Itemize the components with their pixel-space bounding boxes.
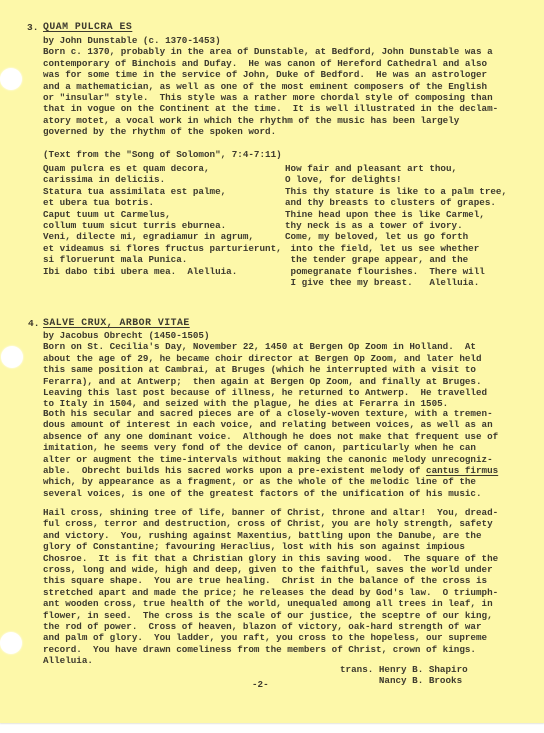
- translation-line: this square shape. You are true healing.…: [43, 575, 498, 586]
- english-line: O love, for delights!: [285, 174, 507, 185]
- paper-page: 3. QUAM PULCRA ES by John Dunstable (c. …: [0, 0, 544, 723]
- translation-line: stretched apart and made the price; he r…: [43, 587, 498, 598]
- bio-line: Ferarra), and at Antwerp; then again at …: [43, 376, 487, 387]
- english-line: pomegranate flourishes. There will: [285, 266, 507, 277]
- latin-line: Caput tuum ut Carmelus,: [43, 209, 282, 220]
- translation-line: Hail cross, shining tree of life, banner…: [43, 507, 498, 518]
- bio-line: governed by the rhythm of the spoken wor…: [43, 126, 498, 137]
- english-line: the tender grape appear, and the: [285, 254, 507, 265]
- english-line: I give thee my breast. Alelluia.: [285, 277, 507, 288]
- bio-line: and a mathematician, as well as one of t…: [43, 81, 498, 92]
- latin-line: carissima in deliciis.: [43, 174, 282, 185]
- translation-line: flower, in seed. The cross is the scale …: [43, 610, 498, 621]
- latin-line: Statura tua assimilata est palme,: [43, 186, 282, 197]
- punch-hole: [1, 346, 23, 368]
- latin-line: collum tuum sicut turris eburnea.: [43, 220, 282, 231]
- section-3-title: QUAM PULCRA ES: [43, 21, 132, 32]
- translation-line: the rod of power. Cross of heaven, blazo…: [43, 621, 498, 632]
- section-4-title: SALVE CRUX, ARBOR VITAE: [43, 317, 190, 328]
- bio-line: or "insular" style. This style was a rat…: [43, 92, 498, 103]
- bio-line: atory motet, a vocal work in which the r…: [43, 115, 498, 126]
- latin-line: et videamus si flores fructus parturieru…: [43, 243, 282, 254]
- translation-line: ful cross, terror and destruction, cross…: [43, 518, 498, 529]
- translation-line: and palm of glory. You ladder, you raft,…: [43, 632, 498, 643]
- style-line: imitation, he seems very fond of the dev…: [43, 442, 498, 453]
- section-3-byline: by John Dunstable (c. 1370-1453): [43, 35, 221, 46]
- cantus-firmus-term: cantus firmus: [426, 465, 498, 476]
- style-line: alter or augment the time-intervals with…: [43, 454, 498, 465]
- english-line: into the field, let us see whether: [285, 243, 507, 254]
- latin-line: Quam pulcra es et quam decora,: [43, 163, 282, 174]
- style-line: dous amount of interest in each voice, a…: [43, 419, 498, 430]
- style-line: absence of any one dominant voice. Altho…: [43, 431, 498, 442]
- section-3-number: 3.: [27, 22, 38, 33]
- bio-line: Leaving this last post because of illnes…: [43, 387, 487, 398]
- section-3-bio: Born c. 1370, probably in the area of Du…: [43, 46, 498, 137]
- latin-line: si floruerunt mala Punica.: [43, 254, 282, 265]
- text-source-note: (Text from the "Song of Solomon", 7:4-7:…: [43, 149, 282, 160]
- bio-line: Born c. 1370, probably in the area of Du…: [43, 46, 498, 57]
- latin-lyrics: Quam pulcra es et quam decora,carissima …: [43, 163, 282, 277]
- page-number: -2-: [252, 679, 269, 690]
- translation-line: glory of Constantine; favouring Heracliu…: [43, 541, 498, 552]
- translation-line: record. You have drawn comeliness from t…: [43, 644, 498, 655]
- english-line: Come, my beloved, let us go forth: [285, 231, 507, 242]
- section-4-bio: Born on St. Cecilia's Day, November 22, …: [43, 341, 487, 409]
- translator-credits: trans. Henry B. Shapiro Nancy B. Brooks: [340, 664, 468, 687]
- style-line: able. Obrecht builds his sacred works up…: [43, 465, 498, 476]
- punch-hole: [0, 68, 22, 90]
- bio-line: was for some time in the service of John…: [43, 69, 498, 80]
- english-line: This thy stature is like to a palm tree,: [285, 186, 507, 197]
- style-line: Both his secular and sacred pieces are o…: [43, 408, 498, 419]
- english-line: thy neck is as a tower of ivory.: [285, 220, 507, 231]
- credit-line: trans. Henry B. Shapiro: [340, 664, 468, 675]
- section-4-number: 4.: [28, 318, 39, 329]
- bio-line: about the age of 29, he became choir dir…: [43, 353, 487, 364]
- latin-line: Ibi dabo tibi ubera mea. Alelluia.: [43, 266, 282, 277]
- style-line: several voices, is one of the greatest f…: [43, 488, 498, 499]
- section-4-translation: Hail cross, shining tree of life, banner…: [43, 507, 498, 666]
- credit-line: Nancy B. Brooks: [340, 675, 468, 686]
- latin-line: Veni, dilecte mi, egradiamur in agrum,: [43, 231, 282, 242]
- bio-line: this same position at Cambrai, at Bruges…: [43, 364, 487, 375]
- translation-line: cross, long and wide, high and deep, giv…: [43, 564, 498, 575]
- translation-line: Chosroe. It is fit that a Christian glor…: [43, 553, 498, 564]
- english-line: Thine head upon thee is like Carmel,: [285, 209, 507, 220]
- section-4-byline: by Jacobus Obrecht (1450-1505): [43, 330, 210, 341]
- english-lyrics: How fair and pleasant art thou,O love, f…: [285, 163, 507, 288]
- english-line: How fair and pleasant art thou,: [285, 163, 507, 174]
- bio-line: Born on St. Cecilia's Day, November 22, …: [43, 341, 487, 352]
- latin-line: et ubera tua botris.: [43, 197, 282, 208]
- english-line: and thy breasts to clusters of grapes.: [285, 197, 507, 208]
- style-line: which, by appearance as a fragment, or a…: [43, 476, 498, 487]
- bio-line: that in vogue on the Continent at the ti…: [43, 103, 498, 114]
- bio-line: contemporary of Binchois and Dufay. He w…: [43, 58, 498, 69]
- translation-line: and victory. You, rushing against Maxent…: [43, 530, 498, 541]
- section-4-style: Both his secular and sacred pieces are o…: [43, 408, 498, 499]
- punch-hole: [0, 632, 22, 654]
- translation-line: ant wooden cross, true health of the wor…: [43, 598, 498, 609]
